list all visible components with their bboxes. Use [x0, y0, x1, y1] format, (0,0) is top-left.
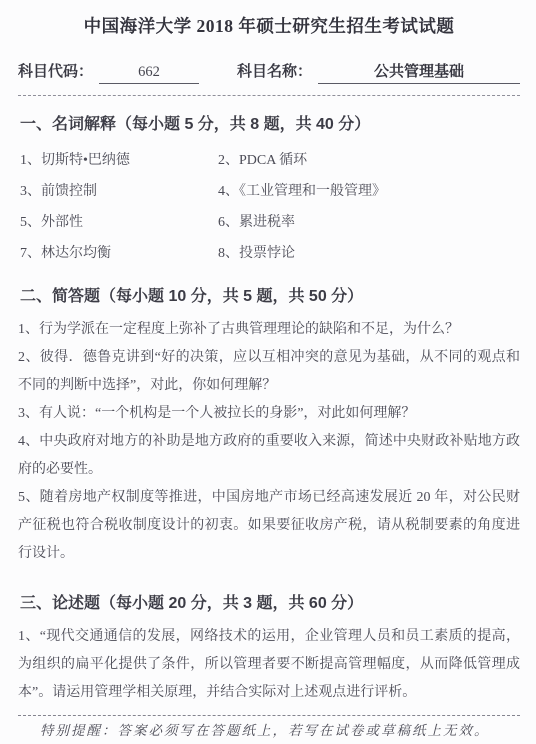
term-item: 4、《工业管理和一般管理》 — [218, 176, 520, 207]
term-item: 1、切斯特•巴纳德 — [20, 145, 218, 176]
question-paragraph: 1、行为学派在一定程度上弥补了古典管理理论的缺陷和不足，为什么？ — [18, 316, 520, 344]
footer-notice: 特别提醒：答案必须写在答题纸上，若写在试卷或草稿纸上无效。 — [18, 721, 520, 741]
subject-name-label: 科目名称： — [237, 60, 312, 81]
terms-grid: 1、切斯特•巴纳德 2、PDCA 循环 3、前馈控制 4、《工业管理和一般管理》… — [20, 145, 520, 269]
question-paragraph: 3、有人说：“一个机构是一个人被拉长的身影”，对此如何理解？ — [18, 400, 520, 428]
term-item: 3、前馈控制 — [20, 176, 218, 207]
question-paragraph: 5、随着房地产权制度等推进，中国房地产市场已经高速发展近 20 年，对公民财产征… — [18, 484, 520, 568]
header-divider — [18, 95, 520, 96]
question-paragraph: 4、中央政府对地方的补助是地方政府的重要收入来源，简述中央财政补贴地方政府的必要… — [18, 428, 520, 484]
footer-divider — [18, 715, 520, 716]
exam-paper: 中国海洋大学 2018 年硕士研究生招生考试试题 科目代码： 662 科目名称：… — [0, 0, 536, 744]
question-paragraph: 2、彼得．德鲁克讲到“好的决策，应以互相冲突的意见为基础，从不同的观点和不同的判… — [18, 344, 520, 400]
subject-code-label: 科目代码： — [18, 60, 93, 81]
section-2-questions: 1、行为学派在一定程度上弥补了古典管理理论的缺陷和不足，为什么？ 2、彼得．德鲁… — [18, 316, 520, 568]
term-item: 8、投票悖论 — [218, 238, 520, 269]
subject-name-value: 公共管理基础 — [318, 61, 520, 84]
section-1-heading: 一、名词解释（每小题 5 分，共 8 题，共 40 分） — [20, 114, 520, 136]
section-3-questions: 1、“现代交通通信的发展，网络技术的运用，企业管理人员和员工素质的提高，为组织的… — [18, 623, 520, 707]
subject-row: 科目代码： 662 科目名称： 公共管理基础 — [18, 60, 520, 84]
term-item: 7、林达尔均衡 — [20, 238, 218, 269]
term-item: 6、累进税率 — [218, 207, 520, 238]
question-paragraph: 1、“现代交通通信的发展，网络技术的运用，企业管理人员和员工素质的提高，为组织的… — [18, 623, 520, 707]
section-3-heading: 三、论述题（每小题 20 分，共 3 题，共 60 分） — [20, 593, 520, 615]
subject-code-value: 662 — [99, 61, 199, 84]
term-item: 2、PDCA 循环 — [218, 145, 520, 176]
page-title: 中国海洋大学 2018 年硕士研究生招生考试试题 — [18, 14, 520, 38]
section-2-heading: 二、简答题（每小题 10 分，共 5 题，共 50 分） — [20, 286, 520, 308]
term-item: 5、外部性 — [20, 207, 218, 238]
